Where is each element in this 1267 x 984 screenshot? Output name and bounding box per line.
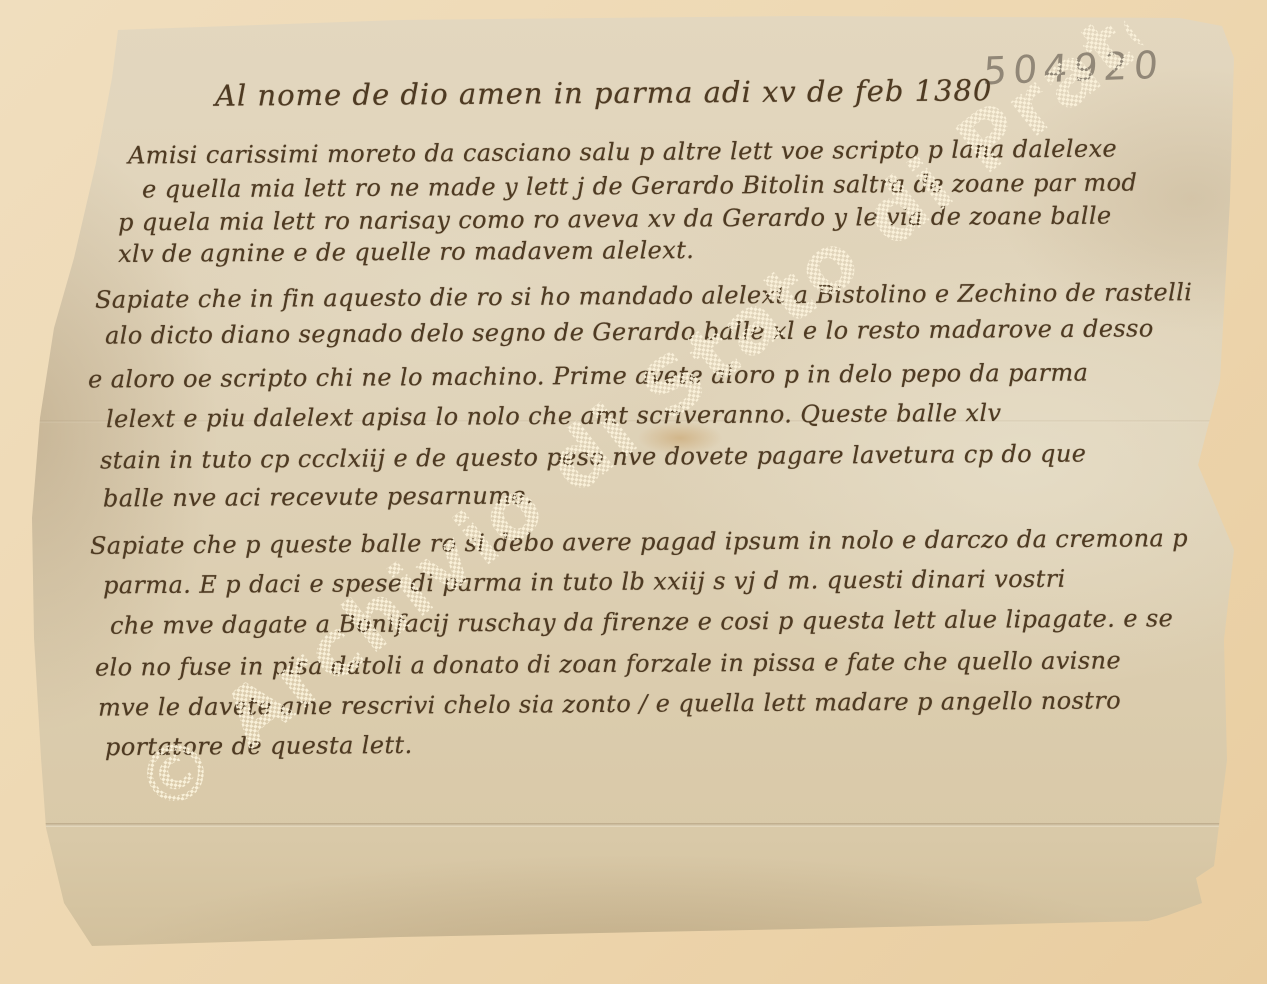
archive-number: 504920: [982, 43, 1166, 93]
manuscript-line: portatore de questa lett.: [105, 731, 413, 761]
manuscript-line: xlv de agnine e de quelle ro madavem ale…: [118, 236, 694, 268]
manuscript-line: balle nve aci recevute pesarnume.: [103, 481, 534, 512]
scanned-document-page: { "page": { "background_color": "#eed8b2…: [0, 0, 1267, 984]
letter-heading: Al nome de dio amen in parma adi xv de f…: [215, 73, 993, 112]
fold-crease-lower: [30, 823, 1240, 827]
